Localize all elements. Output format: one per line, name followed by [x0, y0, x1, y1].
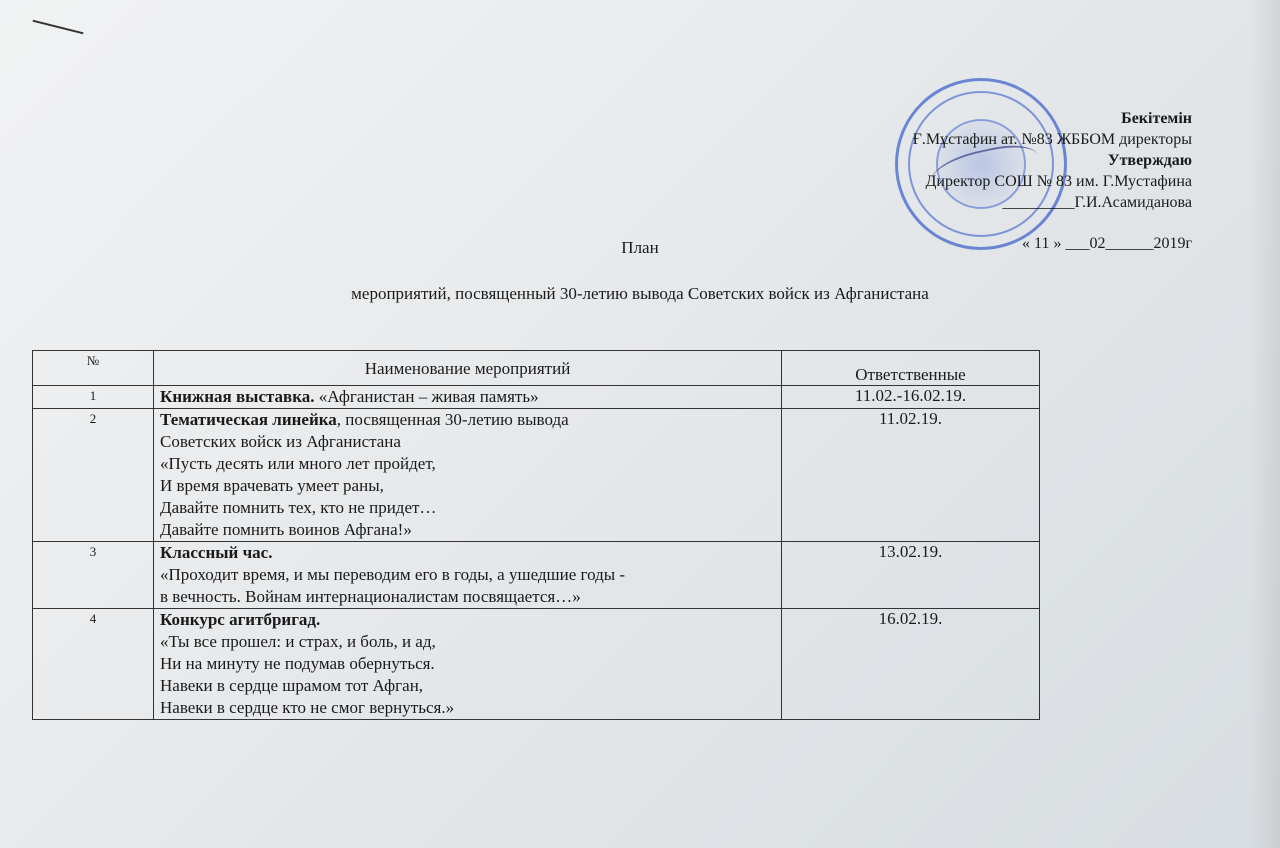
- event-text-line: Давайте помнить тех, кто не придет…: [160, 497, 775, 519]
- event-date: 16.02.19.: [782, 609, 1040, 720]
- approval-block: Бекітемін Ғ.Мұстафин ат. №83 ЖББОМ дирек…: [913, 108, 1192, 254]
- table-row: 4 Конкурс агитбригад.«Ты все прошел: и с…: [33, 609, 1040, 720]
- event-date: 11.02.-16.02.19.: [782, 386, 1040, 409]
- table-row: 3 Классный час.«Проходит время, и мы пер…: [33, 542, 1040, 609]
- events-table: № Наименование мероприятий Ответственные…: [32, 350, 1040, 720]
- header-name: Наименование мероприятий: [154, 351, 782, 386]
- event-text-line: Навеки в сердце шрамом тот Афган,: [160, 675, 775, 697]
- document-subtitle: мероприятий, посвященный 30-летию вывода…: [0, 284, 1280, 304]
- pen-mark: [33, 20, 84, 35]
- ru-position: Директор СОШ № 83 им. Г.Мустафина: [913, 171, 1192, 192]
- row-number: 1: [33, 386, 154, 409]
- event-heading: Книжная выставка. «Афганистан – живая па…: [160, 386, 775, 408]
- event-text-line: в вечность. Войнам интернационалистам по…: [160, 586, 775, 608]
- table-header-row: № Наименование мероприятий Ответственные: [33, 351, 1040, 386]
- event-date: 13.02.19.: [782, 542, 1040, 609]
- row-number: 2: [33, 409, 154, 542]
- table-row: 1 Книжная выставка. «Афганистан – живая …: [33, 386, 1040, 409]
- event-heading: Классный час.: [160, 542, 775, 564]
- event-text-line: «Ты все прошел: и страх, и боль, и ад,: [160, 631, 775, 653]
- event-cell: Тематическая линейка, посвященная 30-лет…: [154, 409, 782, 542]
- row-number: 4: [33, 609, 154, 720]
- event-text-line: «Проходит время, и мы переводим его в го…: [160, 564, 775, 586]
- event-text-line: «Пусть десять или много лет пройдет,: [160, 453, 775, 475]
- event-title-rest: «Афганистан – живая память»: [315, 387, 539, 406]
- document-title: План: [0, 238, 1280, 258]
- header-responsible: Ответственные: [782, 351, 1040, 386]
- event-cell: Книжная выставка. «Афганистан – живая па…: [154, 386, 782, 409]
- event-text-line: Советских войск из Афганистана: [160, 431, 775, 453]
- ru-approve-label: Утверждаю: [913, 150, 1192, 171]
- kz-position: Ғ.Мұстафин ат. №83 ЖББОМ директоры: [913, 129, 1192, 150]
- event-title: Классный час.: [160, 543, 272, 562]
- event-date: 11.02.19.: [782, 409, 1040, 542]
- table-row: 2 Тематическая линейка, посвященная 30-л…: [33, 409, 1040, 542]
- event-cell: Классный час.«Проходит время, и мы перев…: [154, 542, 782, 609]
- event-title: Тематическая линейка: [160, 410, 337, 429]
- event-cell: Конкурс агитбригад.«Ты все прошел: и стр…: [154, 609, 782, 720]
- event-text-line: Ни на минуту не подумав обернуться.: [160, 653, 775, 675]
- event-heading: Тематическая линейка, посвященная 30-лет…: [160, 409, 775, 431]
- event-text-line: Навеки в сердце кто не смог вернуться.»: [160, 697, 775, 719]
- signatory: _________Г.И.Асамиданова: [913, 192, 1192, 213]
- page-edge-shadow: [1250, 0, 1280, 848]
- event-text-line: И время врачевать умеет раны,: [160, 475, 775, 497]
- row-number: 3: [33, 542, 154, 609]
- event-text-line: Давайте помнить воинов Афгана!»: [160, 519, 775, 541]
- event-title: Книжная выставка.: [160, 387, 315, 406]
- event-title: Конкурс агитбригад.: [160, 610, 320, 629]
- event-title-rest: , посвященная 30-летию вывода: [337, 410, 569, 429]
- header-num: №: [33, 351, 154, 386]
- event-heading: Конкурс агитбригад.: [160, 609, 775, 631]
- kz-approve-label: Бекітемін: [913, 108, 1192, 129]
